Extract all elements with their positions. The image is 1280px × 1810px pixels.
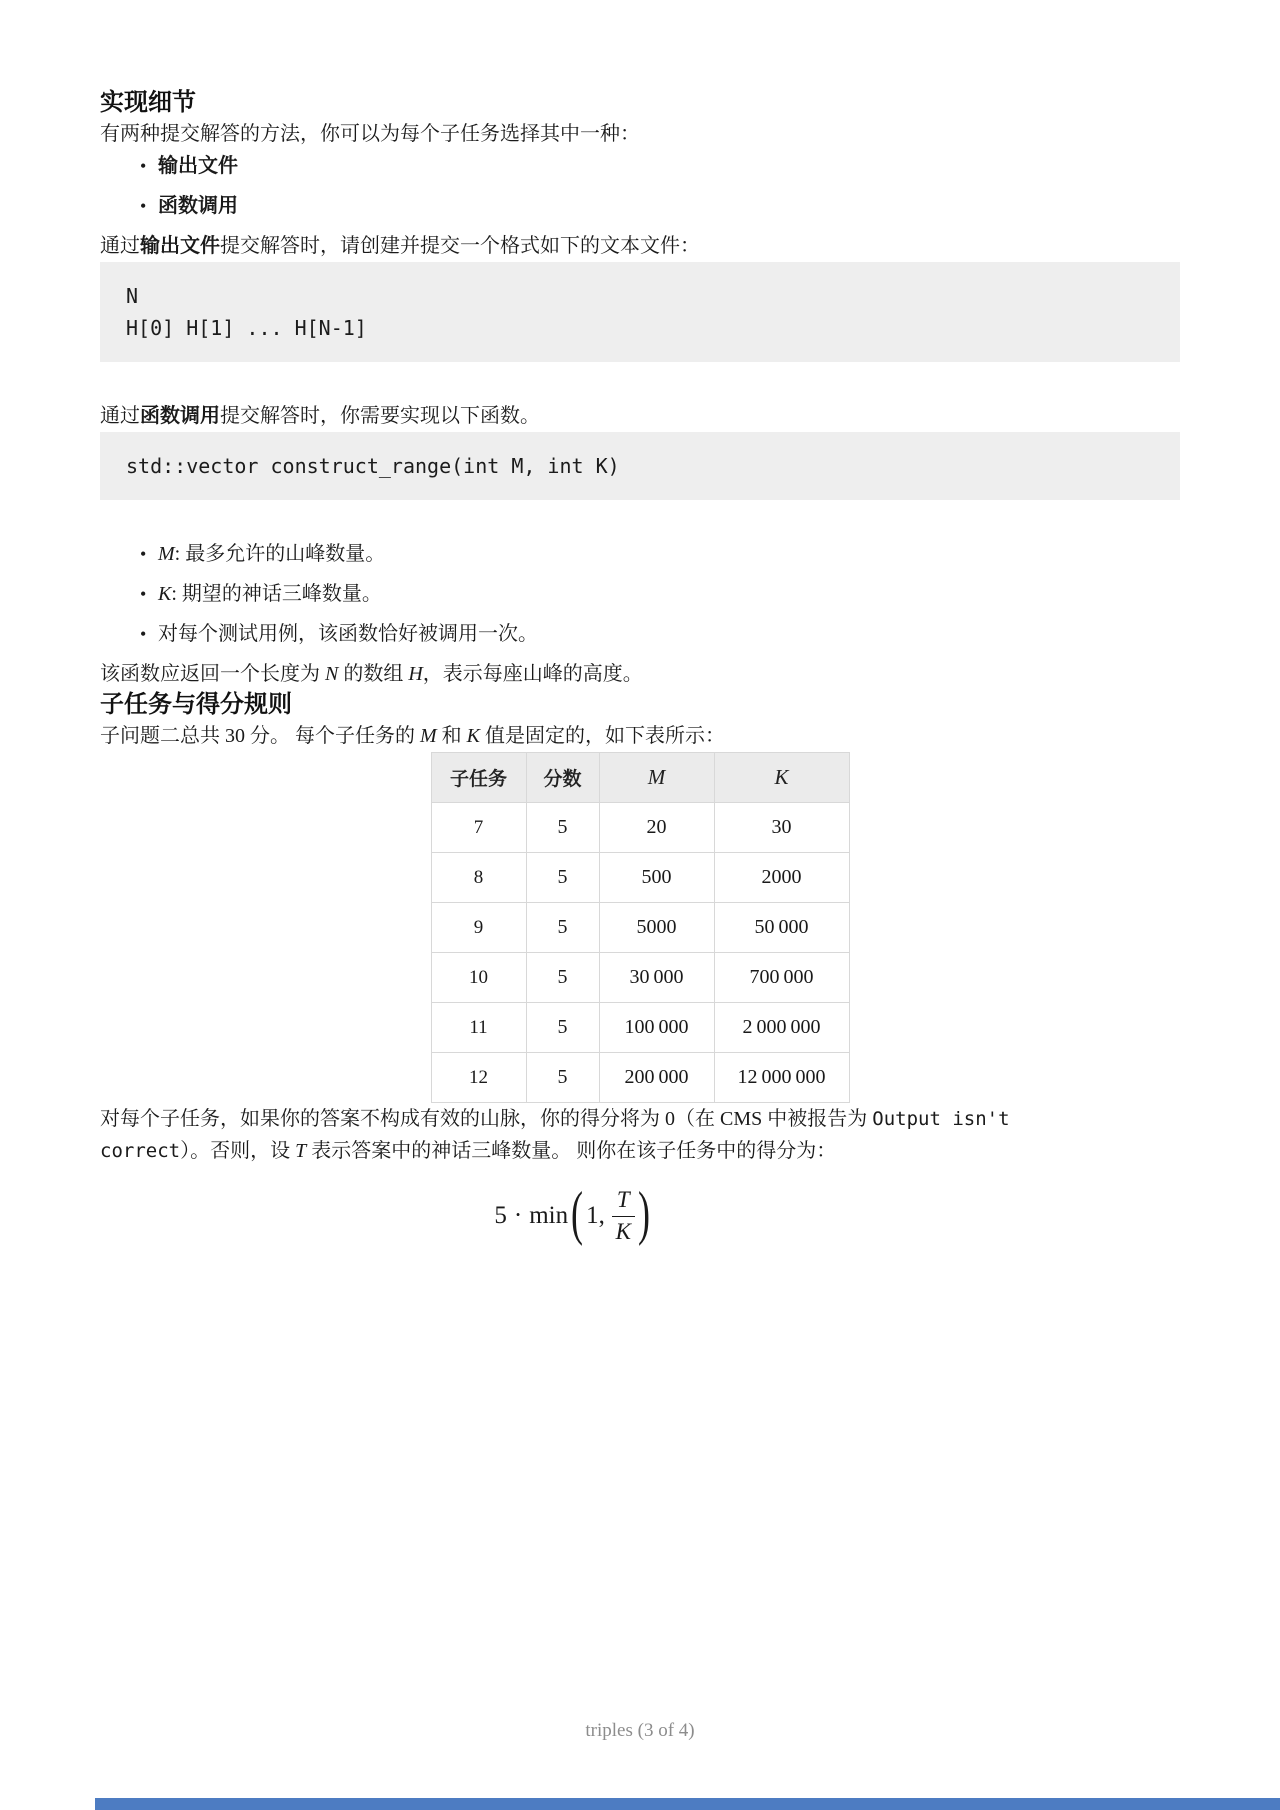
param-item-call-once: 对每个测试用例，该函数恰好被调用一次。 xyxy=(140,618,1180,650)
output-file-paragraph: 通过输出文件提交解答时，请创建并提交一个格式如下的文本文件： xyxy=(100,230,1180,262)
fraction-numerator: T xyxy=(612,1187,635,1216)
score-formula: 5 · min ( 1, T K ) xyxy=(100,1183,1040,1249)
bold-function-call: 函数调用 xyxy=(140,405,220,427)
text-run: 提交解答时，请创建并提交一个格式如下的文本文件： xyxy=(220,235,700,257)
cell-subtask: 12 xyxy=(431,1053,526,1103)
column-header-k: K xyxy=(714,753,849,803)
parameter-list: M: 最多允许的山峰数量。 K: 期望的神话三峰数量。 对每个测试用例，该函数恰… xyxy=(100,538,1180,650)
fraction-denominator: K xyxy=(616,1217,631,1245)
cell-subtask: 11 xyxy=(431,1003,526,1053)
cell-m: 30 000 xyxy=(599,953,714,1003)
text-run: 该函数应返回一个长度为 xyxy=(100,663,325,685)
text-run: （在 xyxy=(675,1108,720,1130)
text-run: : 最多允许的山峰数量。 xyxy=(175,543,386,565)
table-row: 7 5 20 30 xyxy=(431,803,849,853)
cell-m: 100 000 xyxy=(599,1003,714,1053)
impl-intro-paragraph: 有两种提交解答的方法，你可以为每个子任务选择其中一种： xyxy=(100,118,1180,150)
cell-m: 200 000 xyxy=(599,1053,714,1103)
output-format-code-block: N H[0] H[1] ... H[N-1] xyxy=(100,262,1180,362)
subtask-table-body: 7 5 20 30 8 5 500 2000 9 5 5000 50 000 xyxy=(431,803,849,1103)
text-run: 子问题二总共 xyxy=(100,725,225,747)
cms-label: CMS xyxy=(720,1108,762,1130)
cell-m: 20 xyxy=(599,803,714,853)
list-item-function-call: 函数调用 xyxy=(140,190,1180,222)
document-page: 实现细节 有两种提交解答的方法，你可以为每个子任务选择其中一种： 输出文件 函数… xyxy=(0,0,1280,1810)
column-header-subtask: 子任务 xyxy=(431,753,526,803)
text-run: 分。 每个子任务的 xyxy=(245,725,420,747)
text-run: 对每个子任务，如果你的答案不构成有效的山脉，你的得分将为 xyxy=(100,1108,665,1130)
text-run: 提交解答时，你需要实现以下函数。 xyxy=(220,405,540,427)
formula-fraction: T K xyxy=(612,1187,635,1245)
cell-k: 12 000 000 xyxy=(714,1053,849,1103)
table-row: 10 5 30 000 700 000 xyxy=(431,953,849,1003)
math-var: T xyxy=(295,1140,306,1162)
param-item-m: M: 最多允许的山峰数量。 xyxy=(140,538,1180,570)
text-run: 通过 xyxy=(100,405,140,427)
formula-dot-operator: · xyxy=(514,1202,522,1230)
code-line: std::vector construct_range(int M, int K… xyxy=(126,450,1154,482)
return-value-paragraph: 该函数应返回一个长度为 N 的数组 H，表示每座山峰的高度。 xyxy=(100,658,1180,690)
math-number: 30 xyxy=(225,725,245,747)
code-line: N xyxy=(126,280,1154,312)
text-run: ，表示每座山峰的高度。 xyxy=(423,663,643,685)
table-row: 11 5 100 000 2 000 000 xyxy=(431,1003,849,1053)
subtask-table: 子任务 分数 M K 7 5 20 30 8 5 500 2000 xyxy=(431,752,850,1103)
cell-score: 5 xyxy=(526,903,599,953)
function-signature-code-block: std::vector construct_range(int M, int K… xyxy=(100,432,1180,500)
formula-min-function: min xyxy=(529,1202,568,1230)
formula-open-paren: ( xyxy=(571,1183,583,1249)
cell-score: 5 xyxy=(526,803,599,853)
math-var: N xyxy=(325,663,338,685)
math-var: M xyxy=(158,543,175,565)
code-line: H[0] H[1] ... H[N-1] xyxy=(126,312,1154,344)
column-header-m: M xyxy=(599,753,714,803)
cell-score: 5 xyxy=(526,853,599,903)
cell-subtask: 10 xyxy=(431,953,526,1003)
math-var: M xyxy=(420,725,437,747)
subtask-table-header: 子任务 分数 M K xyxy=(431,753,849,803)
table-header-row: 子任务 分数 M K xyxy=(431,753,849,803)
math-var: H xyxy=(408,663,422,685)
cell-k: 700 000 xyxy=(714,953,849,1003)
text-run: 对每个测试用例，该函数恰好被调用一次。 xyxy=(158,623,538,645)
text-run: ）。否则，设 xyxy=(180,1140,295,1162)
cell-score: 5 xyxy=(526,953,599,1003)
cell-k: 50 000 xyxy=(714,903,849,953)
text-run: : 期望的神话三峰数量。 xyxy=(171,583,382,605)
cell-k: 2000 xyxy=(714,853,849,903)
cell-m: 500 xyxy=(599,853,714,903)
cell-score: 5 xyxy=(526,1003,599,1053)
scoring-rule-paragraph: 对每个子任务，如果你的答案不构成有效的山脉，你的得分将为 0（在 CMS 中被报… xyxy=(100,1103,1040,1167)
method-output-file-label: 输出文件 xyxy=(158,155,238,177)
page-footer: triples (3 of 4) xyxy=(0,1720,1280,1742)
table-row: 8 5 500 2000 xyxy=(431,853,849,903)
formula-first-arg: 1, xyxy=(586,1202,605,1230)
bold-output-file: 输出文件 xyxy=(140,235,220,257)
formula-close-paren: ) xyxy=(638,1183,650,1249)
column-header-score: 分数 xyxy=(526,753,599,803)
function-call-paragraph: 通过函数调用提交解答时，你需要实现以下函数。 xyxy=(100,400,1180,432)
cell-subtask: 7 xyxy=(431,803,526,853)
text-run: 中被报告为 xyxy=(762,1108,872,1130)
list-item-output-file: 输出文件 xyxy=(140,150,1180,182)
scoring-intro-paragraph: 子问题二总共 30 分。 每个子任务的 M 和 K 值是固定的，如下表所示： xyxy=(100,720,1180,752)
method-function-call-label: 函数调用 xyxy=(158,195,238,217)
text-run: 通过 xyxy=(100,235,140,257)
text-run: 的数组 xyxy=(338,663,408,685)
text-run: 值是固定的，如下表所示： xyxy=(480,725,725,747)
section-heading-subtasks-scoring: 子任务与得分规则 xyxy=(100,690,1180,720)
table-row: 9 5 5000 50 000 xyxy=(431,903,849,953)
submission-methods-list: 输出文件 函数调用 xyxy=(100,150,1180,222)
formula-coefficient: 5 xyxy=(494,1202,507,1230)
cell-k: 2 000 000 xyxy=(714,1003,849,1053)
param-item-k: K: 期望的神话三峰数量。 xyxy=(140,578,1180,610)
math-var: K xyxy=(158,583,171,605)
text-run: 表示答案中的神话三峰数量。 则你在该子任务中的得分为： xyxy=(306,1140,836,1162)
next-page-accent-bar xyxy=(95,1798,1280,1810)
cell-score: 5 xyxy=(526,1053,599,1103)
cell-k: 30 xyxy=(714,803,849,853)
cell-m: 5000 xyxy=(599,903,714,953)
section-heading-implementation-details: 实现细节 xyxy=(100,88,1180,118)
cell-subtask: 9 xyxy=(431,903,526,953)
text-run: 和 xyxy=(437,725,467,747)
math-var: K xyxy=(467,725,480,747)
cell-subtask: 8 xyxy=(431,853,526,903)
table-row: 12 5 200 000 12 000 000 xyxy=(431,1053,849,1103)
math-number: 0 xyxy=(665,1108,675,1130)
page-content: 实现细节 有两种提交解答的方法，你可以为每个子任务选择其中一种： 输出文件 函数… xyxy=(0,0,1280,1249)
